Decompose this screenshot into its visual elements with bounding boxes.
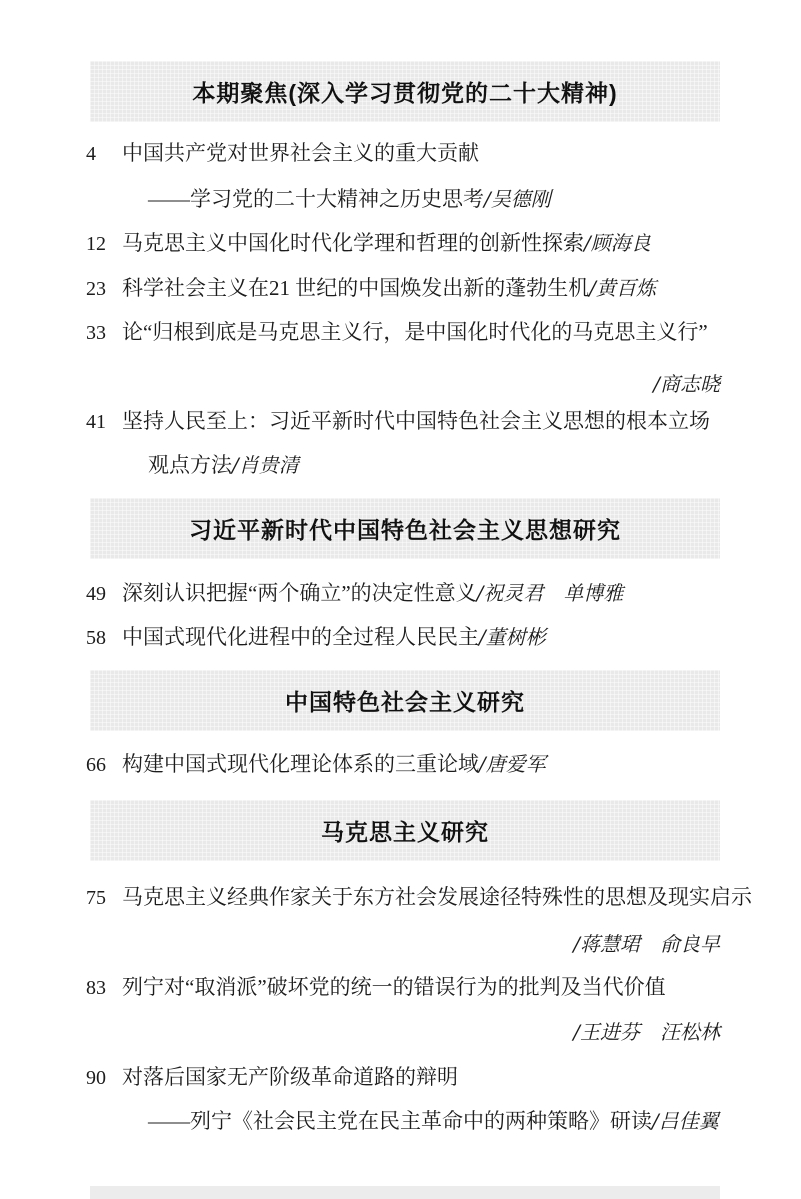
page-number: 12 [86,230,122,258]
article-author: /商志晓 [653,372,720,396]
toc-entry: 4中国共产党对世界社会主义的重大贡献 [86,139,720,168]
section-band: 中国特色社会主义研究 [90,670,720,731]
article-author: /吕佳翼 [652,1109,719,1133]
article-author: /唐爱军 [479,752,546,776]
toc-entry: 75马克思主义经典作家关于东方社会发展途径特殊性的思想及现实启示 [86,883,720,912]
article-subtitle: ——列宁《社会民主党在民主革命中的两种策略》研读 [148,1109,652,1133]
section-band: 本期聚焦(深入学习贯彻党的二十大精神) [90,61,720,122]
section-band: 习近平新时代中国特色社会主义思想研究 [90,498,720,559]
toc-entry-subtitle: ——列宁《社会民主党在民主革命中的两种策略》研读/吕佳翼 [86,1107,782,1135]
page-number: 83 [86,974,122,1002]
toc-entry: 23科学社会主义在21 世纪的中国焕发出新的蓬勃生机/黄百炼 [86,274,720,303]
toc-entry-author-line: /商志晓 [86,370,720,398]
page-number: 66 [86,751,122,779]
article-title: 列宁对“取消派”破坏党的统一的错误行为的批判及当代价值 [122,975,666,999]
section-heading: 中国特色社会主义研究 [285,684,525,717]
toc-entry-author-line: /王进芬 汪松林 [86,1018,720,1046]
page-number: 33 [86,319,122,347]
article-title: 中国式现代化进程中的全过程人民民主 [122,625,479,649]
section-heading: 习近平新时代中国特色社会主义思想研究 [189,512,621,545]
article-author: /蒋慧珺 俞良早 [573,932,720,956]
article-author: /董树彬 [479,625,546,649]
toc-entry: 66构建中国式现代化理论体系的三重论域/唐爱军 [86,750,720,779]
toc-entry: 90对落后国家无产阶级革命道路的辩明 [86,1063,720,1092]
toc-entry-subtitle: 观点方法/肖贵清 [86,451,782,479]
article-author: /肖贵清 [232,453,299,477]
article-title: 坚持人民至上：习近平新时代中国特色社会主义思想的根本立场 [122,409,710,433]
article-title: 中国共产党对世界社会主义的重大贡献 [122,141,479,165]
toc-entry: 83列宁对“取消派”破坏党的统一的错误行为的批判及当代价值 [86,973,720,1002]
toc-entry: 41坚持人民至上：习近平新时代中国特色社会主义思想的根本立场 [86,407,720,436]
article-title: 马克思主义中国化时代化学理和哲理的创新性探索 [122,231,584,255]
toc-entry-author-line: /蒋慧珺 俞良早 [86,930,720,958]
article-author: /黄百炼 [589,276,656,300]
toc-entry: 33论“归根到底是马克思主义行，是中国化时代化的马克思主义行” [86,318,720,347]
page-number: 49 [86,580,122,608]
section-heading: 马克思主义研究 [321,814,489,847]
article-subtitle: 观点方法 [148,453,232,477]
article-title: 科学社会主义在21 世纪的中国焕发出新的蓬勃生机 [122,276,589,300]
page-number: 4 [86,140,122,168]
article-subtitle: ——学习党的二十大精神之历史思考 [148,187,484,211]
article-author: /吴德刚 [484,187,551,211]
toc-entry: 12马克思主义中国化时代化学理和哲理的创新性探索/顾海良 [86,229,720,258]
page-number: 23 [86,275,122,303]
section-heading: 本期聚焦(深入学习贯彻党的二十大精神) [192,75,617,108]
article-title: 对落后国家无产阶级革命道路的辩明 [122,1065,458,1089]
article-title: 深刻认识把握“两个确立”的决定性意义 [122,581,477,605]
article-author: /祝灵君 单博雅 [477,581,624,605]
toc-entry: 49深刻认识把握“两个确立”的决定性意义/祝灵君 单博雅 [86,579,720,608]
section-band-cutoff [90,1186,720,1199]
article-title: 构建中国式现代化理论体系的三重论域 [122,752,479,776]
page-number: 41 [86,408,122,436]
article-title: 马克思主义经典作家关于东方社会发展途径特殊性的思想及现实启示 [122,885,752,909]
section-band: 马克思主义研究 [90,800,720,861]
toc-entry: 58中国式现代化进程中的全过程人民民主/董树彬 [86,623,720,652]
toc-entry-subtitle: ——学习党的二十大精神之历史思考/吴德刚 [86,185,782,213]
page-number: 75 [86,884,122,912]
toc-page: 本期聚焦(深入学习贯彻党的二十大精神) 4中国共产党对世界社会主义的重大贡献 —… [0,0,801,1199]
article-author: /顾海良 [584,231,651,255]
page-number: 58 [86,624,122,652]
article-title: 论“归根到底是马克思主义行，是中国化时代化的马克思主义行” [122,320,708,344]
article-author: /王进芬 汪松林 [573,1020,720,1044]
page-number: 90 [86,1064,122,1092]
